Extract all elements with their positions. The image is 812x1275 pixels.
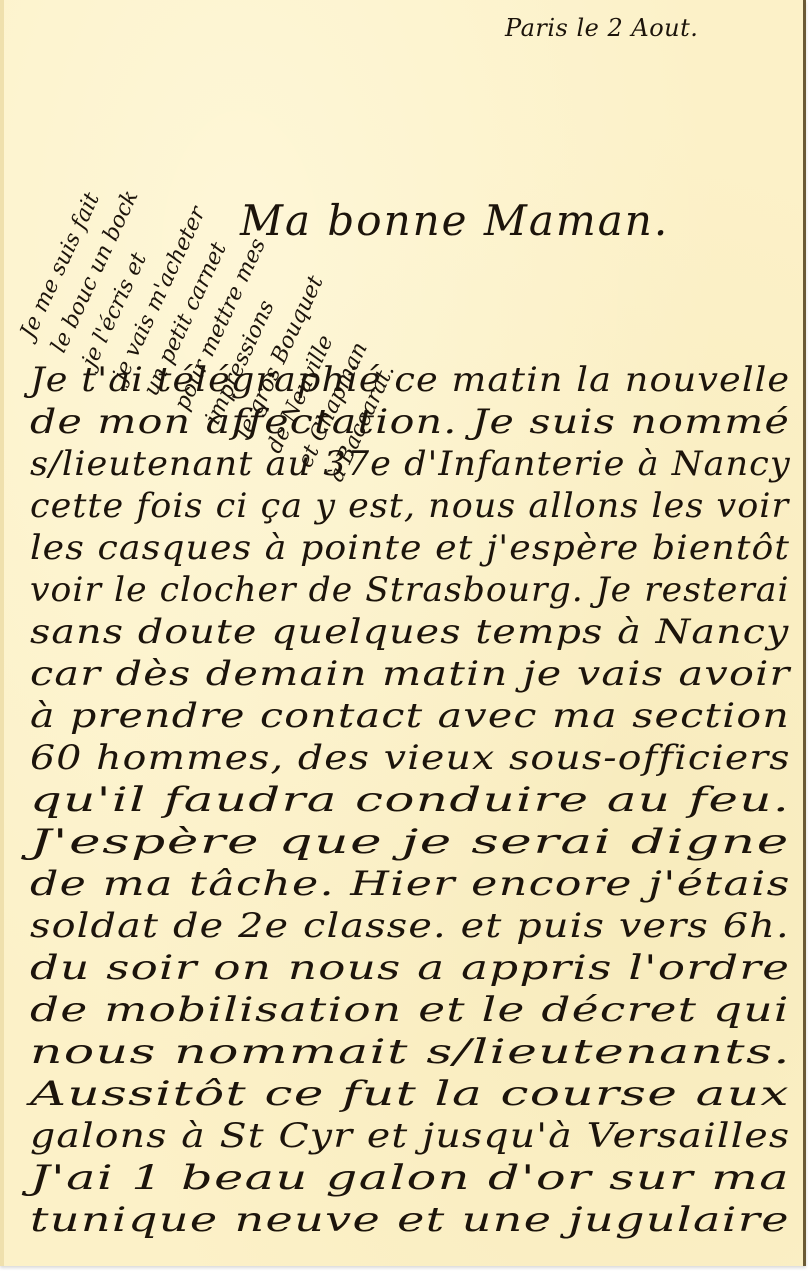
- letter-page: Paris le 2 Aout. Je me suis fait le bouc…: [0, 0, 806, 1266]
- body-line: de mobilisation et le décret qui: [30, 990, 790, 1030]
- body-line: voir le clocher de Strasbourg. Je rester…: [30, 570, 790, 610]
- body-line: sans doute quelques temps à Nancy: [30, 612, 789, 652]
- body-line: de mon affectation. Je suis nommé: [30, 402, 790, 442]
- body-line: les casques à pointe et j'espère bientôt: [30, 528, 790, 568]
- body-line: J'ai 1 beau galon d'or sur ma: [30, 1158, 790, 1198]
- body-line: nous nommait s/lieutenants.: [30, 1032, 791, 1072]
- body-line: tunique neuve et une jugulaire: [30, 1200, 790, 1240]
- body-line: du soir on nous a appris l'ordre: [30, 948, 790, 988]
- body-line: galons à St Cyr et jusqu'à Versailles: [30, 1116, 790, 1156]
- body-line: qu'il faudra conduire au feu.: [30, 780, 790, 820]
- salutation: Ma bonne Maman.: [240, 196, 669, 245]
- dateline: Paris le 2 Aout.: [505, 14, 698, 42]
- body-line: cette fois ci ça y est, nous allons les …: [30, 486, 789, 526]
- body-line: à prendre contact avec ma section: [30, 696, 790, 736]
- body-line: de ma tâche. Hier encore j'étais: [30, 864, 791, 904]
- body-line: J'espère que je serai digne: [30, 822, 790, 862]
- body-line: soldat de 2e classe. et puis vers 6h.: [30, 906, 790, 946]
- body-line: Aussitôt ce fut la course aux: [30, 1074, 790, 1114]
- body-line: s/lieutenant au 37e d'Infanterie à Nancy: [30, 444, 791, 484]
- body-line: 60 hommes, des vieux sous-officiers: [30, 738, 791, 778]
- body-line: Je t'ai télégraphié ce matin la nouvelle: [30, 360, 790, 400]
- page-edge: [0, 0, 4, 1266]
- body-line: car dès demain matin je vais avoir: [30, 654, 790, 694]
